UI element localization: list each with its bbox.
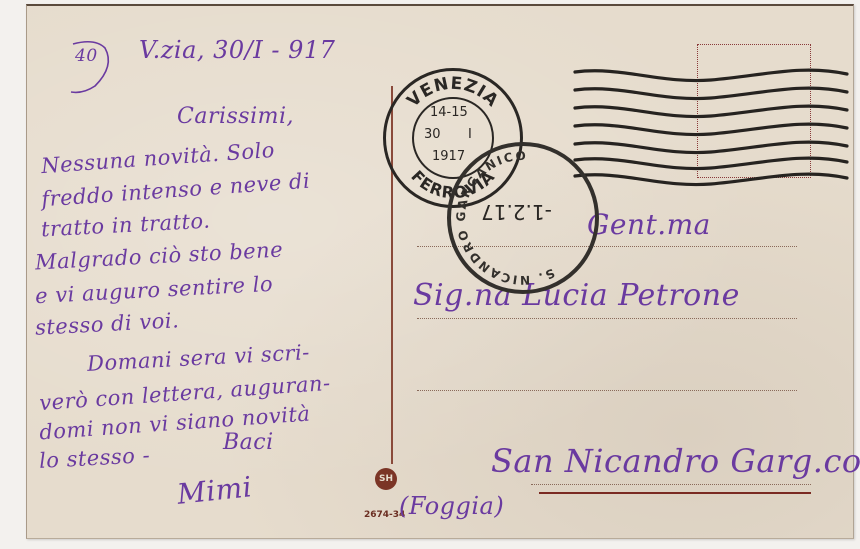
- message-line: stesso di voi.: [34, 308, 179, 340]
- message-line: tratto in tratto.: [40, 209, 210, 242]
- svg-text:S. NICANDRO GARGANICO: S. NICANDRO GARGANICO: [429, 139, 591, 313]
- arrival-postmark: S. NICANDRO GARGANICO -1.2.17: [447, 142, 599, 294]
- address-line: [417, 390, 797, 391]
- postmark-day: 30: [424, 127, 441, 142]
- machine-cancel-icon: [571, 66, 851, 196]
- message-line: Nessuna novità. Solo: [40, 138, 275, 178]
- address-province: (Foggia): [399, 492, 504, 520]
- message-line: e vi auguro sentire lo: [35, 272, 274, 308]
- arrival-date: -1.2.17: [481, 200, 552, 224]
- publisher-logo: SH: [375, 468, 397, 490]
- address-salutation: Gent.ma: [587, 208, 711, 241]
- arrival-ring-text: S. NICANDRO GARGANICO: [429, 139, 591, 313]
- address-town: San Nicandro Garg.co: [491, 442, 860, 480]
- postmark-month: I: [468, 127, 472, 142]
- signature: Mimi: [175, 470, 253, 511]
- message-line: Domani sera vi scri-: [87, 340, 311, 376]
- postmark-time: 14-15: [430, 105, 468, 120]
- circled-number-mark: [65, 36, 125, 96]
- address-underline: [539, 492, 811, 494]
- circled-number: 40: [75, 46, 98, 66]
- message-line: Malgrado ciò sto bene: [35, 238, 284, 275]
- address-line: [531, 484, 811, 485]
- dateline: V.zia, 30/I - 917: [139, 36, 335, 64]
- message-line: lo stesso -: [38, 443, 150, 473]
- closing: Baci: [223, 430, 274, 455]
- salutation: Carissimi,: [177, 104, 294, 129]
- address-line: [417, 318, 797, 319]
- postcard: 40 V.zia, 30/I - 917 Carissimi, Nessuna …: [26, 4, 854, 539]
